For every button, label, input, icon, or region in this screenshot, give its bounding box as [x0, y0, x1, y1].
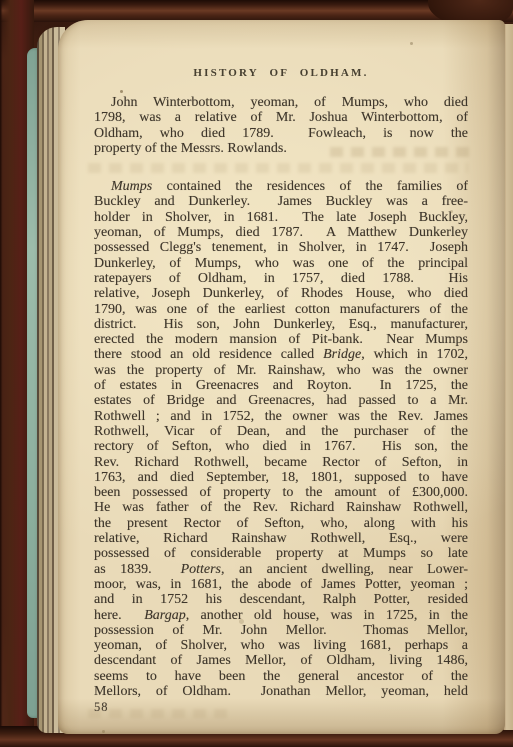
text-line: been possessed of property to the amount… [94, 485, 468, 500]
text-line: possession of Mr. John Mellor. Thomas Me… [94, 623, 468, 638]
text-line: was the property of Mr. Rainshaw, who wa… [94, 363, 468, 378]
book-page: HISTORY OF OLDHAM. John Winterbottom, ye… [58, 20, 505, 734]
text-line: Mellors, of Oldham. Jonathan Mellor, yeo… [94, 684, 468, 699]
text-line: here. Bargap, another old house, was in … [94, 608, 468, 623]
text-line: Rothwell, Vicar of Dean, and the purchas… [94, 424, 468, 439]
text-line: John Winterbottom, yeoman, of Mumps, who… [94, 95, 468, 110]
text-line: 1790, was one of the earliest cotton man… [94, 302, 468, 317]
text-line: there stood an old residence called Brid… [94, 347, 468, 362]
show-through-smudge [88, 709, 230, 718]
text-line: Rev. Richard Rothwell, became Rector of … [94, 455, 468, 470]
text-line: 1763, and died September, 18, 1801, supp… [94, 470, 468, 485]
text-line: descendant of James Mellor, of Oldham, l… [94, 653, 468, 668]
text-line: yeoman, of Sholver, who was living 1681,… [94, 638, 468, 653]
text-line: rectory of Sefton, who died in 1767. His… [94, 439, 468, 454]
text-line: erected the modern mansion of Pit-bank. … [94, 332, 468, 347]
text-line: possessed Clegg's tenement, in Sholver, … [94, 240, 468, 255]
text-line: He was father of the Rev. Richard Rainsh… [94, 500, 468, 515]
page-content: HISTORY OF OLDHAM. John Winterbottom, ye… [94, 66, 468, 699]
text-line: Dunkerley, of Mumps, who was one of the … [94, 256, 468, 271]
text-line: property of the Messrs. Rowlands. [94, 141, 468, 156]
paragraph: John Winterbottom, yeoman, of Mumps, who… [94, 95, 468, 156]
book-scan: HISTORY OF OLDHAM. John Winterbottom, ye… [0, 0, 513, 747]
text-line: moor, was, in 1681, the abode of James P… [94, 577, 468, 592]
text-line: yeoman, of Mumps, died 1787. A Matthew D… [94, 225, 468, 240]
running-header: HISTORY OF OLDHAM. [94, 66, 468, 80]
text-line: of estates in Greenacres and Royton. In … [94, 378, 468, 393]
paragraph: Mumps contained the residences of the fa… [94, 179, 468, 699]
text-line: relative, Richard Rainshaw Rothwell, Esq… [94, 531, 468, 546]
text-line: the present Rector of Sefton, who, along… [94, 516, 468, 531]
text-line: district. His son, John Dunkerley, Esq.,… [94, 317, 468, 332]
page-text: John Winterbottom, yeoman, of Mumps, who… [94, 95, 468, 699]
text-line: Mumps contained the residences of the fa… [94, 179, 468, 194]
text-line: estates of Bridge and Greenacres, had pa… [94, 393, 468, 408]
text-line: relative, Joseph Dunkerley, of Rhodes Ho… [94, 286, 468, 301]
text-line: 1798, was a relative of Mr. Joshua Winte… [94, 110, 468, 125]
text-line: seems to have been the general ancestor … [94, 669, 468, 684]
text-line: ratepayers of Oldham, in 1757, died 1788… [94, 271, 468, 286]
text-line: and in 1752 his descendant, Ralph Potter… [94, 592, 468, 607]
text-line: holder in Sholver, in 1681. The late Jos… [94, 210, 468, 225]
text-line: possessed of considerable property at Mu… [94, 546, 468, 561]
text-line: Buckley and Dunkerley. James Buckley was… [94, 194, 468, 209]
text-line: Oldham, who died 1789. Fowleach, is now … [94, 126, 468, 141]
page-number: 58 [94, 700, 109, 715]
text-line: Rothwell ; and in 1752, the owner was th… [94, 409, 468, 424]
text-line: as 1839. Potters, an ancient dwelling, n… [94, 562, 468, 577]
